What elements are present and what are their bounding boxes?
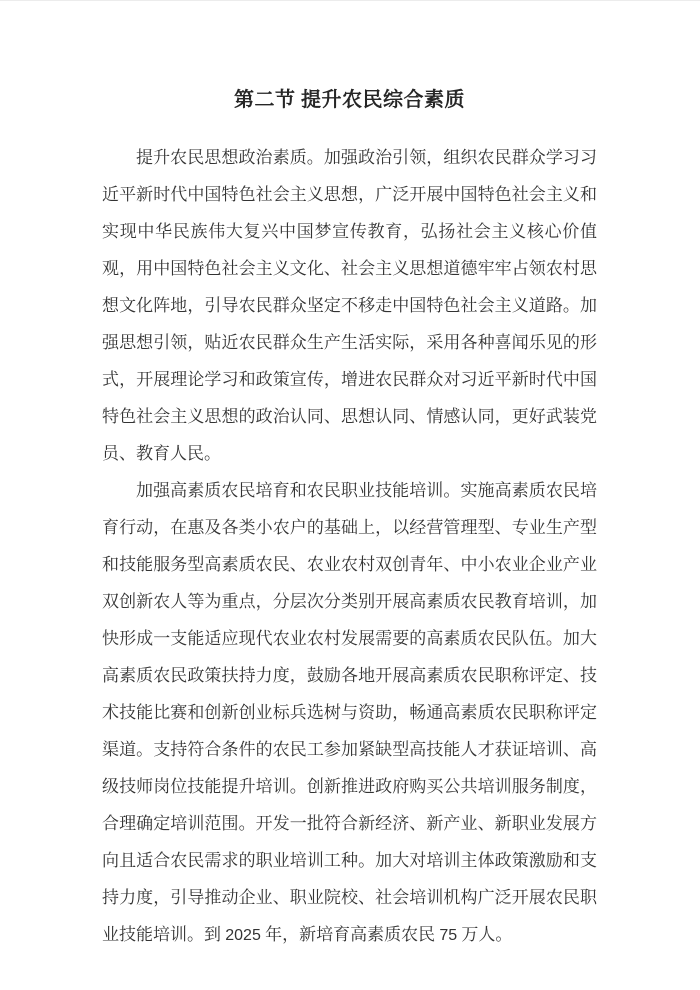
paragraph-skills-training: 加强高素质农民培育和农民职业技能培训。实施高素质农民培育行动，在惠及各类小农户的… [102,472,597,954]
document-content: 第二节 提升农民综合素质 提升农民思想政治素质。加强政治引领，组织农民群众学习习… [102,85,597,954]
text-segment: 万人。 [457,925,512,944]
section-title: 第二节 提升农民综合素质 [102,85,597,115]
document-page: 第二节 提升农民综合素质 提升农民思想政治素质。加强政治引领，组织农民群众学习习… [0,0,700,990]
count-number: 75 [439,927,457,944]
paragraph-political-quality: 提升农民思想政治素质。加强政治引领，组织农民群众学习习近平新时代中国特色社会主义… [102,139,597,472]
text-segment: 年，新培育高素质农民 [261,925,440,944]
text-segment: 加强高素质农民培育和农民职业技能培训。实施高素质农民培育行动，在惠及各类小农户的… [102,481,597,944]
year-number: 2025 [225,927,261,944]
